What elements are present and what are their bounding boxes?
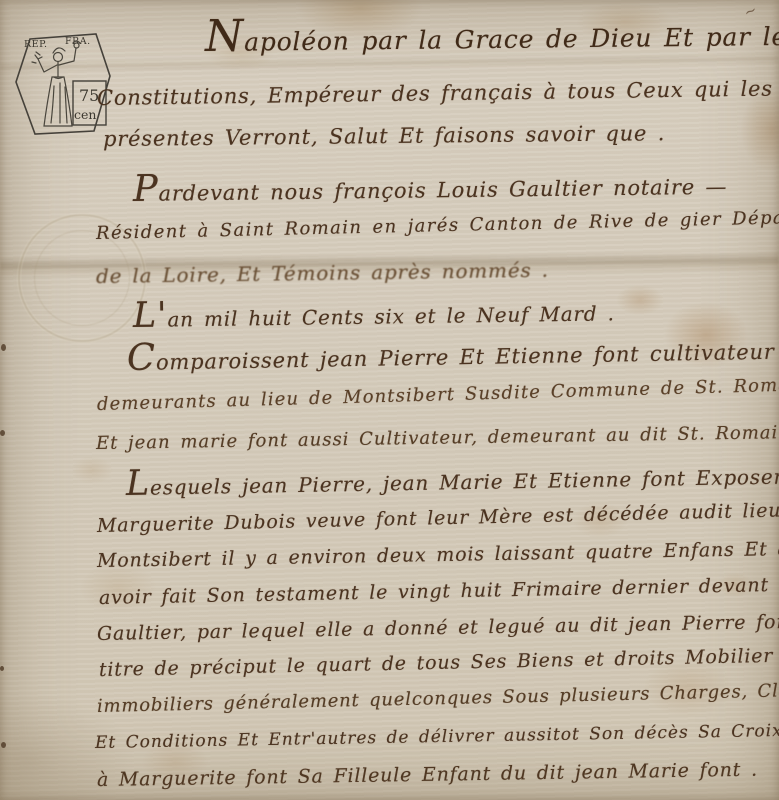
manuscript-line: Et jean marie font aussi Cultivateur, de… xyxy=(96,422,779,454)
ink-speck xyxy=(1,344,6,351)
manuscript-line: L'an mil huit Cents six et le Neuf Mard … xyxy=(133,299,615,332)
manuscript-line: Et Conditions Et Entr'autres de délivrer… xyxy=(95,720,779,753)
manuscript-line: Marguerite Dubois veuve font leur Mère e… xyxy=(97,498,779,537)
manuscript-line: demeurants au lieu de Montsibert Susdite… xyxy=(97,374,779,415)
manuscript-line: de la Loire, Et Témoins après nommés . xyxy=(96,258,549,288)
document-page: RÉP. FRA. 75 cen ~ Napoléon par la Grace… xyxy=(0,0,779,800)
manuscript-line: présentes Verront, Salut Et faisons savo… xyxy=(103,121,665,151)
stamp-unit: cen xyxy=(74,107,96,122)
manuscript-line: Montsibert il y a environ deux mois lais… xyxy=(97,537,779,572)
manuscript-line: Pardevant nous françois Louis Gaultier n… xyxy=(133,171,728,206)
manuscript-line: titre de préciput le quart de tous Ses B… xyxy=(99,643,779,681)
manuscript-line: à Marguerite font Sa Filleule Enfant du … xyxy=(97,759,758,791)
ink-speck xyxy=(0,430,5,436)
manuscript-line: Comparoissent jean Pierre Et Etienne fon… xyxy=(127,335,779,375)
manuscript-line: Lesquels jean Pierre, jean Marie Et Etie… xyxy=(126,461,779,500)
manuscript-line: Gaultier, par lequel elle a donné et leg… xyxy=(97,610,779,645)
manuscript-line: avoir fait Son testament le vingt huit F… xyxy=(99,573,779,609)
ink-speck xyxy=(0,666,4,671)
manuscript-line: Napoléon par la Grace de Dieu Et par les xyxy=(205,18,779,57)
stamp-label-rep: RÉP. xyxy=(24,38,48,50)
manuscript-line: immobiliers généralement quelconques Sou… xyxy=(97,679,779,717)
ink-speck xyxy=(1,742,6,748)
manuscript-line: Constitutions, Empéreur des français à t… xyxy=(97,77,773,110)
manuscript-line: Résident à Saint Romain en jarés Canton … xyxy=(96,205,779,244)
